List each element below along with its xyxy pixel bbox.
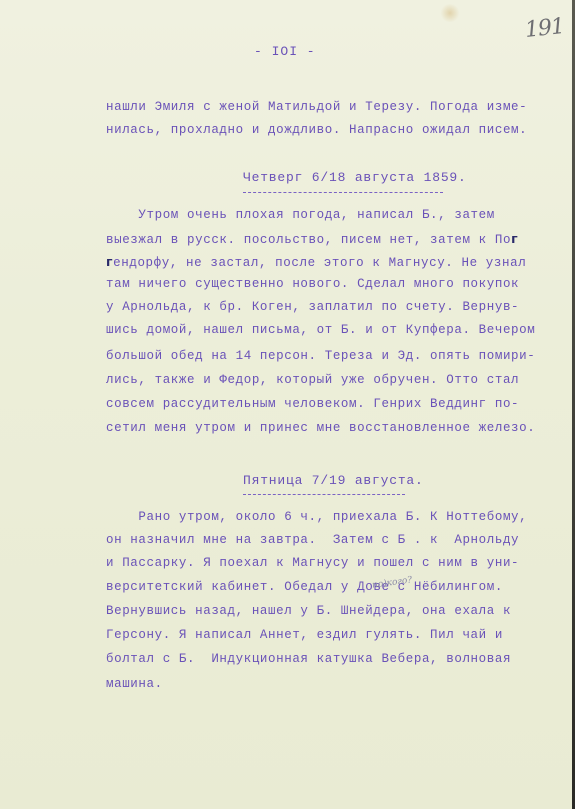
page-number: - IOI -: [254, 44, 316, 59]
entry-line: и Пассарку. Я поехал к Магнусу и пошел с…: [106, 556, 519, 570]
entry-line: болтал с Б. Индукционная катушка Вебера,…: [106, 652, 511, 666]
document-page: 191 - IOI - нашли Эмиля с женой Матильдо…: [0, 0, 575, 809]
entry-line: сетил меня утром и принес мне восстановл…: [106, 421, 535, 435]
paper-stain: [440, 4, 460, 22]
entry-line: верситетский кабинет. Обедал у Дове с Нё…: [106, 580, 503, 594]
entry-line: гендорфу, не застал, после этого к Магну…: [106, 254, 526, 270]
entry-line: машина.: [106, 677, 163, 691]
entry-heading: Четверг 6/18 августа 1859.: [243, 170, 467, 185]
entry-line: у Арнольда, к бр. Коген, заплатил по сче…: [106, 300, 519, 314]
entry-line: выезжал в русск. посольство, писем нет, …: [106, 231, 518, 247]
heading-underline: [243, 192, 443, 193]
archive-folio-number: 191: [524, 14, 565, 43]
entry-line: шись домой, нашел письма, от Б. и от Куп…: [106, 323, 535, 337]
entry-line: лись, также и Федор, который уже обручен…: [106, 373, 519, 387]
entry-line: совсем рассудительным человеком. Генрих …: [106, 397, 519, 411]
intro-line: нилась, прохладно и дождливо. Напрасно о…: [106, 123, 527, 137]
entry-line: большой обед на 14 персон. Тереза и Эд. …: [106, 349, 535, 363]
entry-line: там ничего существенно нового. Сделал мн…: [106, 277, 519, 291]
intro-line: нашли Эмиля с женой Матильдой и Терезу. …: [106, 100, 527, 114]
entry-line: Рано утром, около 6 ч., приехала Б. К Но…: [106, 510, 527, 524]
entry-line: Герсону. Я написал Аннет, ездил гулять. …: [106, 628, 503, 642]
entry-line: он назначил мне на завтра. Затем с Б . к…: [106, 533, 519, 547]
entry-line: Утром очень плохая погода, написал Б., з…: [106, 208, 495, 222]
entry-line: Вернувшись назад, нашел у Б. Шнейдера, о…: [106, 604, 511, 618]
pen-correction: г: [511, 231, 518, 246]
entry-heading: Пятница 7/19 августа.: [243, 473, 424, 488]
heading-underline: [243, 494, 405, 495]
